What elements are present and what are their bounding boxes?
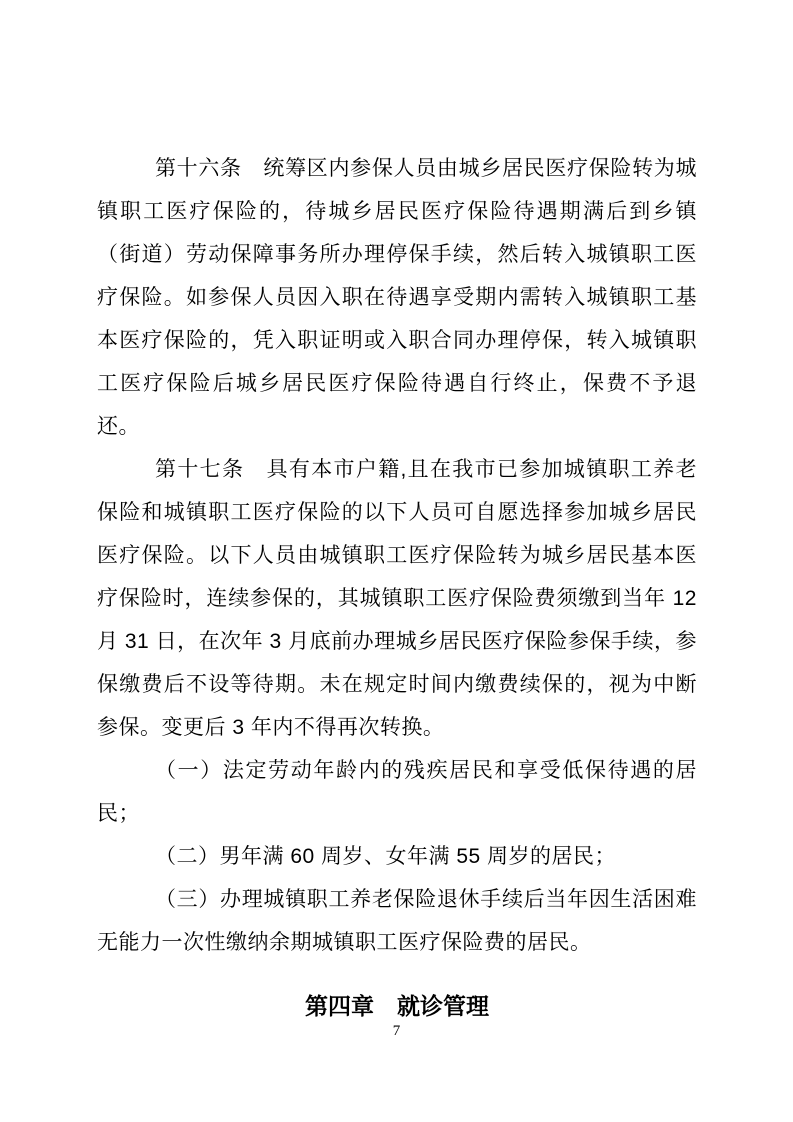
document-body: 第十六条 统筹区内参保人员由城乡居民医疗保险转为城镇职工医疗保险的，待城乡居民医… — [97, 147, 697, 1022]
list-item-3: （三）办理城镇职工养老保险退休手续后当年因生活困难无能力一次性缴纳余期城镇职工医… — [97, 878, 697, 964]
paragraph-article-16: 第十六条 统筹区内参保人员由城乡居民医疗保险转为城镇职工医疗保险的，待城乡居民医… — [97, 147, 697, 448]
chapter-heading: 第四章 就诊管理 — [97, 992, 697, 1022]
paragraph-article-17: 第十七条 具有本市户籍,且在我市已参加城镇职工养老保险和城镇职工医疗保险的以下人… — [97, 448, 697, 749]
page-number: 7 — [0, 1022, 793, 1040]
list-item-1: （一）法定劳动年龄内的残疾居民和享受低保待遇的居民； — [97, 749, 697, 835]
list-item-2: （二）男年满 60 周岁、女年满 55 周岁的居民； — [97, 835, 697, 878]
document-page: 第十六条 统筹区内参保人员由城乡居民医疗保险转为城镇职工医疗保险的，待城乡居民医… — [0, 0, 793, 1122]
